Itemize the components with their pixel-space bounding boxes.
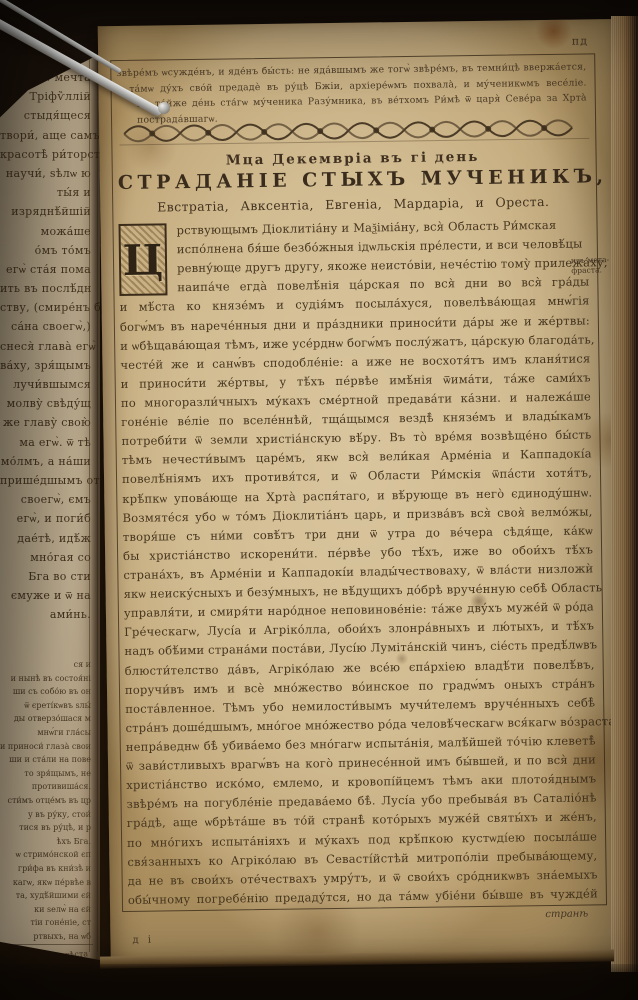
entry-title: СТРАДАНІЕ СТЫХЪ МУЧЕНИКЪ, (118, 165, 588, 194)
left-page-text-small: ся ии нынѣ въ состоя́ніши съ собо́ю въ о… (0, 658, 91, 943)
left-page-text-line: можа́ше (0, 222, 91, 241)
left-page-catchword: невѣста (55, 949, 89, 960)
folio-number: пд (572, 34, 588, 47)
left-page-text-line: сти́мъ отце́мъ въ цр (0, 794, 91, 808)
left-page-text-line: же главу̀ свою̀ (0, 413, 91, 432)
left-page-text-line: ами́нь. (0, 605, 91, 624)
left-page-text-line: ѡ стримо́нской єп (0, 848, 91, 862)
book-fore-edge (611, 16, 638, 972)
left-page-text-line: научи́, ѕѣлѡ ю (0, 164, 91, 183)
previous-entry-ending: звѣре́мъ ѡсужде́нъ, и яде́нъ бы́сть: не … (116, 59, 587, 112)
left-page-text-line: мнѡ́ги гла́сы (0, 726, 91, 740)
left-page-text-line: снеся̀ глава̀ егѡ̀ (0, 337, 91, 356)
left-page-text-line: стыдя́щеся (0, 106, 91, 125)
left-page-text-line: ить въ послѣ́дн (0, 279, 91, 298)
left-page-text-line: молву̀ свѣду́щ (0, 394, 91, 413)
main-page: пд звѣре́мъ ѡсужде́нъ, и яде́нъ бы́сть: … (98, 19, 629, 962)
left-page-text-line: дае́тѣ, идѣ́ж (0, 529, 91, 548)
left-page-text-line: са́на своегѡ̀,) (0, 317, 91, 336)
left-page-text-line: тися въ ру́цѣ, и р (0, 821, 91, 835)
left-page-text-line: ты́я и (0, 183, 91, 202)
left-page-rule (0, 944, 93, 945)
left-page-text-line: изряднѣ́йшій (0, 202, 91, 221)
martyr-names-line: Евстратіа, Авксентіа, Евгеніа, Мардаріа,… (118, 193, 588, 215)
left-page-text-large: и ѿ мечта̀Тріфѷллійстыдя́щесятвори́, аще… (0, 68, 91, 624)
left-page-text-line: егѡ̀, и поги́б (0, 509, 91, 528)
left-page-text-line: и приноси́ глаза̀ свои (0, 740, 91, 754)
left-page-text-line: ши съ собо́ю въ он (0, 685, 91, 699)
left-page-text-line: лучи́вшымся (0, 375, 91, 394)
left-page-text-line: Тріфѷллій (0, 87, 91, 106)
left-page-text-line: красотѣ̀ ри́торстѣ (0, 145, 91, 164)
left-page-text-line: та, худѣ́йшими єй (0, 889, 91, 903)
left-page-text-line: ва́ху, зря́щымъ (0, 356, 91, 375)
left-page-text-line: у въ ру́ку, стои́ (0, 808, 91, 822)
left-page-text-line: ємуже и ѿ на (0, 586, 91, 605)
left-page-text-line: ки ѕелѡ̀ на єй (0, 903, 91, 917)
left-page-text-line: ши и ста́ли на пове (0, 753, 91, 767)
left-page-text-line: ды отверзо́шася м (0, 712, 91, 726)
table-surface (0, 964, 638, 1000)
left-page-text-line: и нынѣ въ состоя́ні (0, 672, 91, 686)
left-page-text-line: мно́гая со (0, 548, 91, 567)
left-page-text-line: ртвыхъ, на ѡб (0, 930, 91, 944)
left-page-text-line: кагѡ, якѡ пе́рвѣе в (0, 876, 91, 890)
signature-mark: д і (132, 935, 154, 946)
left-page-text-line: ѿ єреті́кѡвъ ѕлы́ (0, 699, 91, 713)
left-page-text-line: своегѡ̀, ємъ (0, 490, 91, 509)
left-page-text-line: противиша́ся. (0, 780, 91, 794)
left-page-text-line: мо́лмъ, а на́ши (0, 452, 91, 471)
catchword: странѣ (545, 909, 588, 921)
left-page-text-line: ѣхъ Бга. (0, 835, 91, 849)
left-page-text-line: Бга во сти (0, 567, 91, 586)
left-page-text-line: ся и (0, 658, 91, 672)
page-text-block: звѣре́мъ ѡсужде́нъ, и яде́нъ бы́сть: не … (116, 57, 598, 907)
left-page-text-line: и ѿ мечта̀ (0, 68, 91, 87)
left-page-text-line: егѡ̀ ста́я пома (0, 260, 91, 279)
left-page-text-line: прише́дшымъ от (0, 471, 91, 490)
left-page-text-line: ма егѡ̀. ѿ тѣ (0, 433, 91, 452)
left-page-text-line: ству, (смире́нъ бо (0, 298, 91, 317)
left-page-text-line: гри́фа въ кни́зѣ и (0, 862, 91, 876)
left-page: и ѿ мечта̀Тріфѷллійстыдя́щесятвори́, аще… (0, 54, 100, 960)
photo-of-open-book: и ѿ мечта̀Тріфѷллійстыдя́щесятвори́, аще… (0, 0, 638, 1000)
left-page-text-line: о́мъ то́мъ (0, 241, 91, 260)
drop-cap-initial: Ц (118, 223, 167, 296)
left-page-text-line: то зря́щымъ, не (0, 767, 91, 781)
left-page-text-line: тіи гоне́ніе, ст (0, 916, 91, 930)
body-text: Ц рствующымъ Діоклитіа́ну и Маѯіміа́ну, … (118, 215, 598, 909)
headpiece-ornament (119, 111, 589, 148)
left-page-text-line: твори́, аще самъ (0, 126, 91, 145)
